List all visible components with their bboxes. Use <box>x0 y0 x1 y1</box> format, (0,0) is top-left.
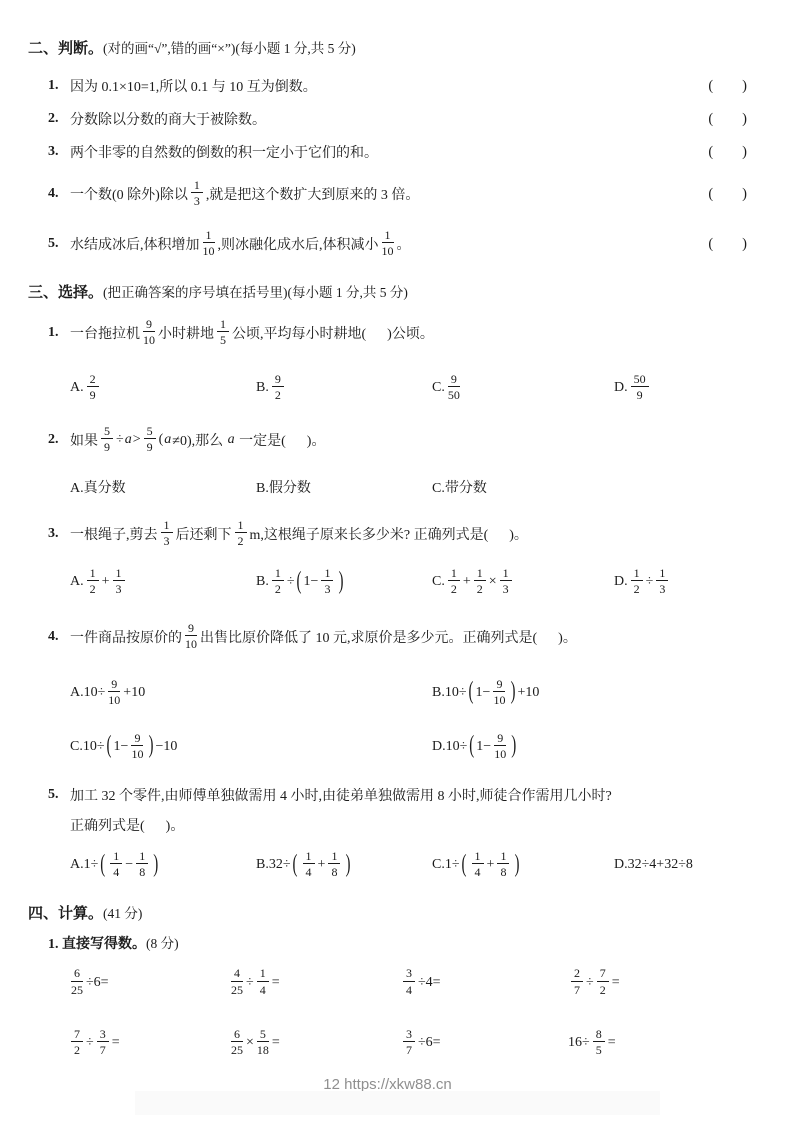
answer-bracket: ( ) <box>708 236 747 253</box>
text-run: + <box>463 574 471 590</box>
option: D.509 <box>614 373 747 403</box>
big-paren: ( <box>107 733 112 762</box>
calc-expression: 425÷14= <box>228 967 400 997</box>
fraction: 15 <box>217 317 229 347</box>
fraction: 37 <box>403 1027 415 1057</box>
calc-row-1: 625÷6=425÷14=34÷4=27÷72= <box>68 967 747 997</box>
choice-question-1: 1.一台拖拉机910小时耕地15公顷,平均每小时耕地( )公顷。A.29B.92… <box>28 318 747 404</box>
text-run: C.带分数 <box>432 477 487 497</box>
choice-question-3: 3.一根绳子,剪去13后还剩下12m,这根绳子原来长多少米? 正确列式是( )。… <box>28 519 747 598</box>
fraction: 14 <box>257 966 269 996</box>
question-number: 2. <box>48 111 70 127</box>
option-row: A.真分数B.假分数C.带分数 <box>70 477 747 497</box>
text-run: = <box>112 1035 120 1051</box>
question-stem-line: 2.如果59÷a>59(a≠0),那么 a 一定是( )。 <box>28 425 747 455</box>
fraction: 14 <box>472 849 484 879</box>
option: C.950 <box>432 373 614 403</box>
calc-subsection-number: 1. <box>48 937 62 952</box>
text-run: 一定是( )。 <box>236 430 326 450</box>
fraction: 110 <box>382 228 394 258</box>
section-choice-header: 三、选择。(把正确答案的序号填在括号里)(每小题 1 分,共 5 分) <box>28 282 747 304</box>
option: C.10÷(1−910)−10 <box>70 732 432 762</box>
fraction: 910 <box>108 677 120 707</box>
text-run: ÷6= <box>86 975 109 991</box>
question-stem-line: 正确列式是( )。 <box>28 815 747 835</box>
option: B.假分数 <box>256 477 432 497</box>
question-number: 5. <box>48 787 70 803</box>
text-run: 两个非零的自然数的倒数的积一定小于它们的和。 <box>70 142 378 162</box>
calc-expression: 625÷6= <box>68 967 228 997</box>
option: C.1÷(14+18) <box>432 850 614 880</box>
big-paren: ) <box>511 733 516 762</box>
text-run: > <box>133 432 141 448</box>
option: A.29 <box>70 373 256 403</box>
choice-question-4: 4.一件商品按原价的910出售比原价降低了 10 元,求原价是多少元。正确列式是… <box>28 622 747 762</box>
question-text: 因为 0.1×10=1,所以 0.1 与 10 互为倒数。 <box>70 76 317 96</box>
fraction: 59 <box>101 424 113 454</box>
question-stem-line: 1.一台拖拉机910小时耕地15公顷,平均每小时耕地( )公顷。 <box>28 318 747 348</box>
fraction: 72 <box>597 966 609 996</box>
text-run: 一件商品按原价的 <box>70 627 182 647</box>
text-run: 公顷,平均每小时耕地( )公顷。 <box>232 323 434 343</box>
question-number: 1. <box>48 78 70 94</box>
text-run: ,就是把这个数扩大到原来的 3 倍。 <box>206 184 420 204</box>
question-number: 4. <box>48 629 70 645</box>
fraction: 37 <box>97 1027 109 1057</box>
fraction: 18 <box>497 849 509 879</box>
option: B.92 <box>256 373 432 403</box>
fraction: 509 <box>631 372 649 402</box>
answer-bracket: ( ) <box>708 186 747 203</box>
text-run: + <box>487 857 495 873</box>
section-judge-note: (对的画“√”,错的画“×”)(每小题 1 分,共 5 分) <box>103 41 356 56</box>
section-calc-note: (41 分) <box>103 906 142 921</box>
question-number: 5. <box>48 236 70 252</box>
judge-questions: 1.因为 0.1×10=1,所以 0.1 与 10 互为倒数。( )2.分数除以… <box>28 76 747 260</box>
text-run: +10 <box>517 685 539 701</box>
fraction: 12 <box>448 566 460 596</box>
section-judge-title: 二、判断。 <box>28 41 103 57</box>
text-run: 正确列式是( )。 <box>70 815 184 835</box>
fraction: 13 <box>321 566 333 596</box>
fraction: 910 <box>185 621 197 651</box>
calc-subsection-header: 1. 直接写得数。(8 分) <box>48 934 747 955</box>
text-run: × <box>489 574 497 590</box>
fraction: 12 <box>631 566 643 596</box>
fraction: 34 <box>403 966 415 996</box>
text-run: ≠0),那么 <box>172 430 226 450</box>
option: B.32÷(14+18) <box>256 850 432 880</box>
fraction: 29 <box>87 372 99 402</box>
question-number: 3. <box>48 526 70 542</box>
text-run: 1− <box>114 739 129 755</box>
text-run: 1− <box>476 739 491 755</box>
text-run: 因为 0.1×10=1,所以 0.1 与 10 互为倒数。 <box>70 76 317 96</box>
fraction: 950 <box>448 372 460 402</box>
fraction: 92 <box>272 372 284 402</box>
fraction: 12 <box>87 566 99 596</box>
fraction: 85 <box>593 1027 605 1057</box>
text-run: A.真分数 <box>70 477 126 497</box>
text-run: 水结成冰后,体积增加 <box>70 234 200 254</box>
text-run: C. <box>432 380 445 396</box>
text-run: 。 <box>397 234 411 254</box>
calc-expression: 37÷6= <box>400 1028 568 1058</box>
text-run: B.假分数 <box>256 477 311 497</box>
option: A.1÷(14−18) <box>70 850 256 880</box>
text-run: B. <box>256 380 269 396</box>
text-run: C.10÷ <box>70 739 105 755</box>
fraction: 13 <box>656 566 668 596</box>
text-run: ÷ <box>86 1035 94 1051</box>
calc-expression: 27÷72= <box>568 967 747 997</box>
fraction: 910 <box>143 317 155 347</box>
text-run: A.10÷ <box>70 685 105 701</box>
option-row: A.29B.92C.950D.509 <box>70 373 747 403</box>
text-run: 加工 32 个零件,由师傅单独做需用 4 小时,由徒弟单独做需用 8 小时,师徒… <box>70 785 612 805</box>
option: B.12÷(1−13) <box>256 567 432 597</box>
text-run: × <box>246 1035 254 1051</box>
choice-questions: 1.一台拖拉机910小时耕地15公顷,平均每小时耕地( )公顷。A.29B.92… <box>28 318 747 881</box>
fraction: 625 <box>231 1027 243 1057</box>
fraction: 110 <box>203 228 215 258</box>
option: B.10÷(1−910)+10 <box>432 678 747 708</box>
calc-expression: 16÷85= <box>568 1028 747 1058</box>
text-run: 小时耕地 <box>158 323 214 343</box>
calc-problems: 625÷6=425÷14=34÷4=27÷72=72÷37=625×518=37… <box>28 967 747 1058</box>
text-run: 1− <box>476 685 491 701</box>
question-number: 4. <box>48 186 70 202</box>
text-run: ÷ <box>116 432 124 448</box>
math-variable: a <box>163 432 172 448</box>
answer-bracket: ( ) <box>708 111 747 128</box>
text-run: 如果 <box>70 430 98 450</box>
section-choice-title: 三、选择。 <box>28 285 103 301</box>
big-paren: ( <box>100 851 105 880</box>
text-run: − <box>125 857 133 873</box>
option: C.12+12×13 <box>432 567 614 597</box>
text-run: 一根绳子,剪去 <box>70 524 158 544</box>
text-run: D. <box>614 380 628 396</box>
judge-question-1: 1.因为 0.1×10=1,所以 0.1 与 10 互为倒数。( ) <box>28 76 747 96</box>
text-run: = <box>272 1035 280 1051</box>
section-calc-title: 四、计算。 <box>28 906 103 922</box>
option-row: C.10÷(1−910)−10D.10÷(1−910) <box>70 732 747 762</box>
question-text: 一个数(0 除外)除以13,就是把这个数扩大到原来的 3 倍。 <box>70 179 419 209</box>
text-run: +10 <box>123 685 145 701</box>
fraction: 18 <box>136 849 148 879</box>
big-paren: ) <box>510 678 515 707</box>
text-run: + <box>102 574 110 590</box>
text-run: = <box>272 975 280 991</box>
fraction: 12 <box>474 566 486 596</box>
math-variable: a <box>227 432 236 448</box>
fraction: 72 <box>71 1027 83 1057</box>
fraction: 13 <box>500 566 512 596</box>
calc-expression: 72÷37= <box>68 1028 228 1058</box>
text-run: 分数除以分数的商大于被除数。 <box>70 109 266 129</box>
text-run: D.10÷ <box>432 739 467 755</box>
question-stem-line: 5.加工 32 个零件,由师傅单独做需用 4 小时,由徒弟单独做需用 8 小时,… <box>28 785 747 805</box>
fraction: 910 <box>494 731 506 761</box>
fraction: 518 <box>257 1027 269 1057</box>
text-run: = <box>612 975 620 991</box>
question-text: 分数除以分数的商大于被除数。 <box>70 109 266 129</box>
text-run: 后还剩下 <box>176 524 232 544</box>
exam-page: 二、判断。(对的画“√”,错的画“×”)(每小题 1 分,共 5 分) 1.因为… <box>0 0 793 1121</box>
big-paren: ) <box>345 851 350 880</box>
text-run: ÷ <box>586 975 594 991</box>
fraction: 425 <box>231 966 243 996</box>
choice-question-2: 2.如果59÷a>59(a≠0),那么 a 一定是( )。A.真分数B.假分数C… <box>28 425 747 496</box>
big-paren: ) <box>514 851 519 880</box>
calc-expression: 34÷4= <box>400 967 568 997</box>
option: A.真分数 <box>70 477 256 497</box>
text-run: C.1÷ <box>432 857 460 873</box>
big-paren: ) <box>338 568 343 597</box>
answer-bracket: ( ) <box>708 144 747 161</box>
text-run: −10 <box>155 739 177 755</box>
text-run: ÷4= <box>418 975 441 991</box>
text-run: ÷ <box>287 574 295 590</box>
fraction: 14 <box>110 849 122 879</box>
option: C.带分数 <box>432 477 747 497</box>
text-run: ÷ <box>646 574 654 590</box>
big-paren: ( <box>469 678 474 707</box>
option: A.12+13 <box>70 567 256 597</box>
judge-question-2: 2.分数除以分数的商大于被除数。( ) <box>28 109 747 129</box>
section-calc-header: 四、计算。(41 分) <box>28 903 747 925</box>
choice-question-5: 5.加工 32 个零件,由师傅单独做需用 4 小时,由徒弟单独做需用 8 小时,… <box>28 785 747 880</box>
answer-bracket: ( ) <box>708 78 747 95</box>
fraction: 12 <box>272 566 284 596</box>
section-choice-note: (把正确答案的序号填在括号里)(每小题 1 分,共 5 分) <box>103 285 408 300</box>
option: D.12÷13 <box>614 567 747 597</box>
text-run: B. <box>256 574 269 590</box>
question-number: 3. <box>48 144 70 160</box>
fraction: 13 <box>191 178 203 208</box>
big-paren: ( <box>462 851 467 880</box>
fraction: 12 <box>235 518 247 548</box>
big-paren: ) <box>153 851 158 880</box>
big-paren: ( <box>297 568 302 597</box>
text-run: ÷6= <box>418 1035 441 1051</box>
text-run: 1− <box>304 574 319 590</box>
option: D.32÷4+32÷8 <box>614 850 747 880</box>
calc-subsection-points: (8 分) <box>146 936 179 951</box>
watermark-box <box>135 1091 660 1115</box>
option-row: A.12+13B.12÷(1−13)C.12+12×13D.12÷13 <box>70 567 747 597</box>
fraction: 13 <box>161 518 173 548</box>
fraction: 27 <box>571 966 583 996</box>
text-run: B.10÷ <box>432 685 467 701</box>
math-variable: a <box>124 432 133 448</box>
fraction: 13 <box>113 566 125 596</box>
question-number: 2. <box>48 432 70 448</box>
text-run: 16÷ <box>568 1035 590 1051</box>
text-run: 出售比原价降低了 10 元,求原价是多少元。正确列式是( )。 <box>200 627 577 647</box>
text-run: + <box>318 857 326 873</box>
question-stem-line: 4.一件商品按原价的910出售比原价降低了 10 元,求原价是多少元。正确列式是… <box>28 622 747 652</box>
question-number: 1. <box>48 325 70 341</box>
section-judge-header: 二、判断。(对的画“√”,错的画“×”)(每小题 1 分,共 5 分) <box>28 38 747 60</box>
text-run: D.32÷4+32÷8 <box>614 857 693 873</box>
text-run: = <box>608 1035 616 1051</box>
judge-question-3: 3.两个非零的自然数的倒数的积一定小于它们的和。( ) <box>28 142 747 162</box>
text-run: D. <box>614 574 628 590</box>
fraction: 14 <box>303 849 315 879</box>
question-text: 两个非零的自然数的倒数的积一定小于它们的和。 <box>70 142 378 162</box>
question-text: 水结成冰后,体积增加110,则冰融化成水后,体积减小110。 <box>70 229 411 259</box>
text-run: ,则冰融化成水后,体积减小 <box>218 234 379 254</box>
fraction: 625 <box>71 966 83 996</box>
text-run: B.32÷ <box>256 857 291 873</box>
text-run: C. <box>432 574 445 590</box>
fraction: 910 <box>131 731 143 761</box>
judge-question-4: 4.一个数(0 除外)除以13,就是把这个数扩大到原来的 3 倍。( ) <box>28 179 747 209</box>
option-row: A.1÷(14−18)B.32÷(14+18)C.1÷(14+18)D.32÷4… <box>70 850 747 880</box>
calc-subsection-label: 直接写得数。 <box>62 937 146 952</box>
fraction: 18 <box>328 849 340 879</box>
question-stem-line: 3.一根绳子,剪去13后还剩下12m,这根绳子原来长多少米? 正确列式是( )。 <box>28 519 747 549</box>
fraction: 59 <box>144 424 156 454</box>
text-run: A. <box>70 574 84 590</box>
text-run: A. <box>70 380 84 396</box>
big-paren: ( <box>293 851 298 880</box>
text-run: ÷ <box>246 975 254 991</box>
big-paren: ) <box>148 733 153 762</box>
big-paren: ( <box>469 733 474 762</box>
judge-question-5: 5.水结成冰后,体积增加110,则冰融化成水后,体积减小110。( ) <box>28 229 747 259</box>
calc-row-2: 72÷37=625×518=37÷6=16÷85= <box>68 1028 747 1058</box>
text-run: 一个数(0 除外)除以 <box>70 184 188 204</box>
text-run: A.1÷ <box>70 857 98 873</box>
option: A.10÷910+10 <box>70 678 432 708</box>
text-run: 一台拖拉机 <box>70 323 140 343</box>
fraction: 910 <box>493 677 505 707</box>
option-row: A.10÷910+10B.10÷(1−910)+10 <box>70 678 747 708</box>
option: D.10÷(1−910) <box>432 732 747 762</box>
text-run: m,这根绳子原来长多少米? 正确列式是( )。 <box>250 524 528 544</box>
calc-expression: 625×518= <box>228 1028 400 1058</box>
